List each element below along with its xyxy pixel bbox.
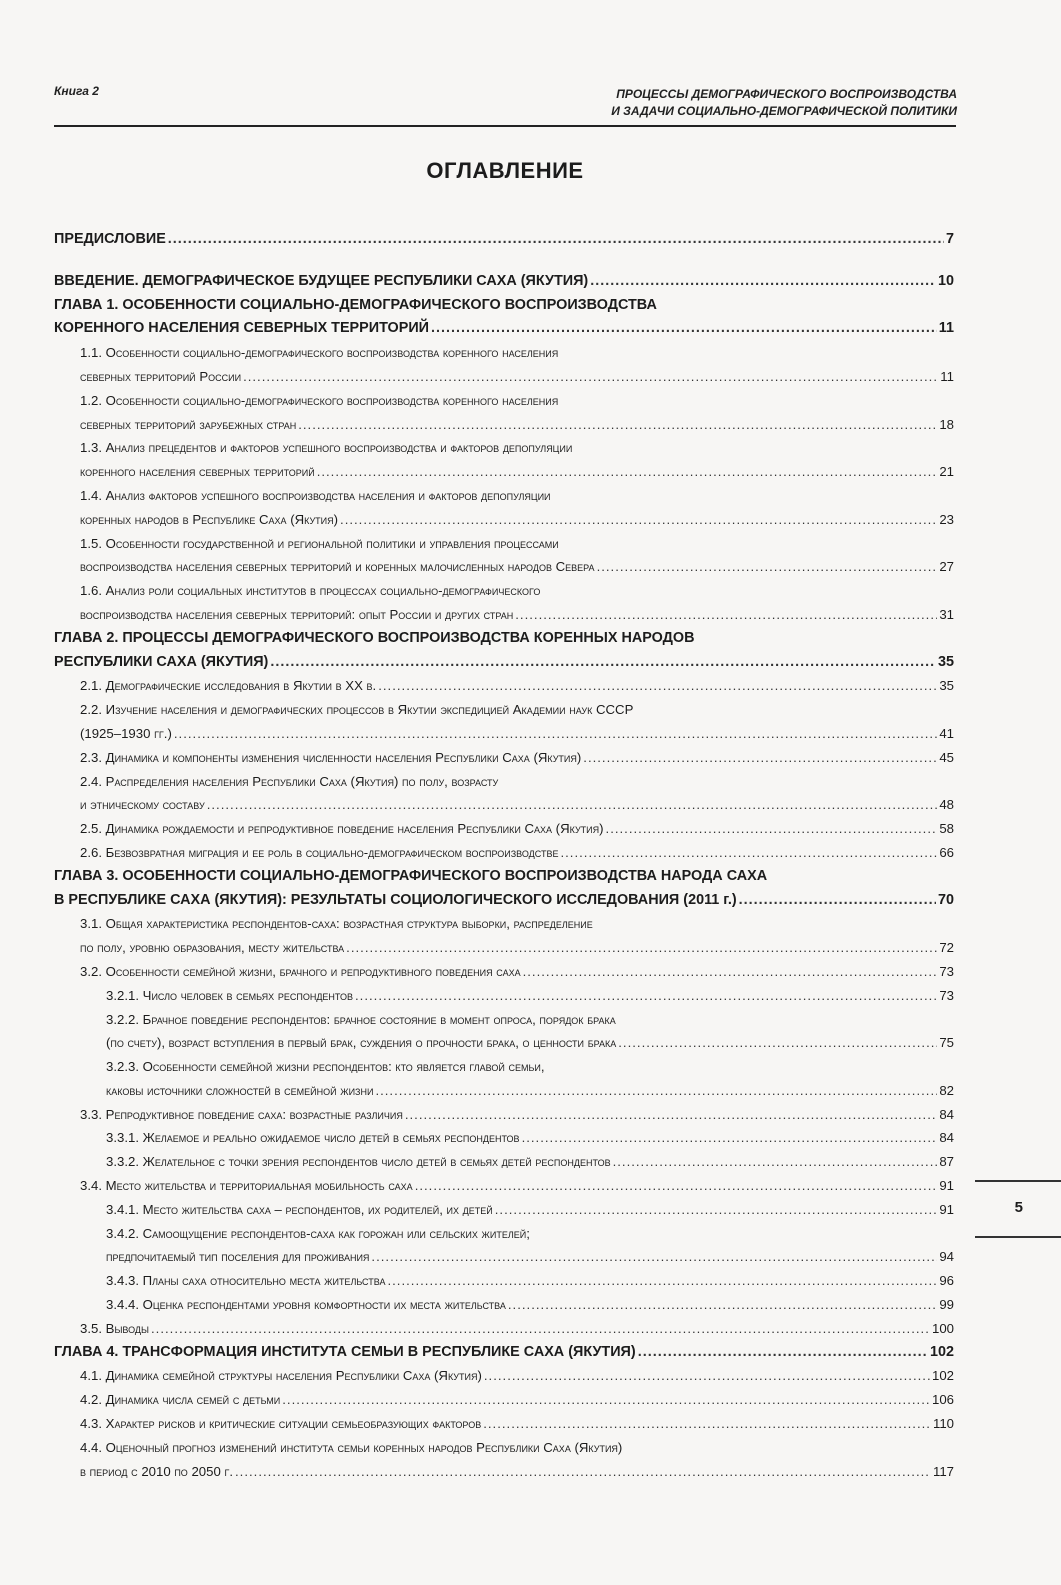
- toc-section[interactable]: 3.3. Репродуктивное поведение саха: возр…: [54, 1103, 954, 1127]
- toc-entry-title: 3.3. Репродуктивное поведение саха: возр…: [80, 1103, 403, 1127]
- toc-section[interactable]: 1.1. Особенности социально-демографическ…: [54, 341, 954, 389]
- toc-chapter[interactable]: ВВЕДЕНИЕ. ДЕМОГРАФИЧЕСКОЕ БУДУЩЕЕ РЕСПУБ…: [54, 270, 954, 294]
- dot-leader: [638, 1341, 928, 1365]
- toc-page-number: 102: [930, 1341, 954, 1365]
- toc-page-number: 75: [939, 1031, 954, 1055]
- dot-leader: [606, 817, 938, 841]
- toc-section[interactable]: 2.3. Динамика и компоненты изменения чис…: [54, 746, 954, 770]
- page-number: 5: [1015, 1199, 1023, 1216]
- toc-chapter[interactable]: ГЛАВА 4. ТРАНСФОРМАЦИЯ ИНСТИТУТА СЕМЬИ В…: [54, 1341, 954, 1365]
- dot-leader: [151, 1317, 930, 1341]
- toc-section[interactable]: 2.6. Безвозвратная миграция и ее роль в …: [54, 841, 954, 865]
- dot-leader: [560, 841, 937, 865]
- dot-leader: [523, 960, 938, 984]
- toc-entry-title: в период с 2010 по 2050 г.: [80, 1460, 233, 1484]
- toc-section[interactable]: 4.3. Характер рисков и критические ситуа…: [54, 1412, 954, 1436]
- toc-entry-title: каковы источники сложностей в семейной ж…: [106, 1079, 373, 1103]
- toc-entry-title: (по счету), возраст вступления в первый …: [106, 1031, 616, 1055]
- spacer: [54, 252, 954, 270]
- dot-leader: [508, 1293, 937, 1317]
- toc-section[interactable]: 3.2.3. Особенности семейной жизни респон…: [54, 1055, 954, 1103]
- toc-entry-title: по полу, уровню образования, месту жител…: [80, 936, 344, 960]
- dot-leader: [270, 651, 936, 675]
- dot-leader: [235, 1460, 931, 1484]
- toc-entry-title-line: 2.2. Изучение населения и демографически…: [80, 698, 954, 722]
- toc-entry-title-line: ГЛАВА 2. ПРОЦЕССЫ ДЕМОГРАФИЧЕСКОГО ВОСПР…: [54, 627, 954, 651]
- toc-section[interactable]: 2.5. Динамика рождаемости и репродуктивн…: [54, 817, 954, 841]
- toc-entry-title-line: 3.1. Общая характеристика респондентов-с…: [80, 912, 954, 936]
- running-header-line-2: И ЗАДАЧИ СОЦИАЛЬНО-ДЕМОГРАФИЧЕСКОЙ ПОЛИТ…: [437, 103, 957, 120]
- toc-page-number: 73: [939, 984, 954, 1008]
- toc-entry-title-line: 1.3. Анализ прецедентов и факторов успеш…: [80, 436, 954, 460]
- toc-entry-title-line: 4.4. Оценочный прогноз изменений институ…: [80, 1436, 954, 1460]
- toc-section[interactable]: 3.3.1. Желаемое и реально ожидаемое числ…: [54, 1126, 954, 1150]
- folio-divider-bottom: [975, 1236, 1061, 1238]
- table-of-contents: ПРЕДИСЛОВИЕ7ВВЕДЕНИЕ. ДЕМОГРАФИЧЕСКОЕ БУ…: [54, 228, 954, 1483]
- toc-entry-title: ГЛАВА 4. ТРАНСФОРМАЦИЯ ИНСТИТУТА СЕМЬИ В…: [54, 1341, 636, 1365]
- toc-page-number: 23: [939, 508, 954, 532]
- toc-entry-title: 2.6. Безвозвратная миграция и ее роль в …: [80, 841, 558, 865]
- toc-chapter[interactable]: ПРЕДИСЛОВИЕ7: [54, 228, 954, 252]
- page-title: ОГЛАВЛЕНИЕ: [0, 158, 1010, 184]
- toc-page-number: 35: [938, 651, 954, 675]
- toc-section[interactable]: 1.4. Анализ факторов успешного воспроизв…: [54, 484, 954, 532]
- toc-entry-title: коренного населения северных территорий: [80, 460, 315, 484]
- toc-page-number: 48: [939, 793, 954, 817]
- toc-entry-title-line: 1.6. Анализ роли социальных институтов в…: [80, 579, 954, 603]
- toc-entry-title-line: ГЛАВА 1. ОСОБЕННОСТИ СОЦИАЛЬНО-ДЕМОГРАФИ…: [54, 294, 954, 318]
- toc-entry-title-line: 3.4.2. Самоощущение респондентов-саха ка…: [106, 1222, 954, 1246]
- dot-leader: [340, 508, 937, 532]
- toc-page-number: 7: [946, 228, 954, 252]
- dot-leader: [355, 984, 937, 1008]
- toc-section[interactable]: 4.2. Динамика числа семей с детьми106: [54, 1388, 954, 1412]
- toc-page-number: 84: [939, 1126, 954, 1150]
- dot-leader: [495, 1198, 938, 1222]
- toc-page-number: 21: [939, 460, 954, 484]
- dot-leader: [483, 1412, 931, 1436]
- dot-leader: [243, 365, 938, 389]
- toc-entry-title: 3.4.1. Место жительства саха – респонден…: [106, 1198, 493, 1222]
- toc-entry-title: 3.5. Выводы: [80, 1317, 149, 1341]
- toc-page-number: 66: [939, 841, 954, 865]
- toc-page-number: 117: [933, 1460, 954, 1484]
- toc-entry-title: (1925–1930 гг.): [80, 722, 172, 746]
- toc-section[interactable]: 4.1. Динамика семейной структуры населен…: [54, 1364, 954, 1388]
- dot-leader: [515, 603, 937, 627]
- toc-page-number: 41: [939, 722, 954, 746]
- toc-entry-title: 4.2. Динамика числа семей с детьми: [80, 1388, 280, 1412]
- toc-section[interactable]: 4.4. Оценочный прогноз изменений институ…: [54, 1436, 954, 1484]
- toc-entry-title: КОРЕННОГО НАСЕЛЕНИЯ СЕВЕРНЫХ ТЕРРИТОРИЙ: [54, 317, 429, 341]
- dot-leader: [375, 1079, 937, 1103]
- dot-leader: [371, 1245, 937, 1269]
- dot-leader: [590, 270, 936, 294]
- running-header-line-1: ПРОЦЕССЫ ДЕМОГРАФИЧЕСКОГО ВОСПРОИЗВОДСТВ…: [437, 86, 957, 103]
- dot-leader: [484, 1364, 930, 1388]
- dot-leader: [613, 1150, 938, 1174]
- toc-entry-title: 3.4.3. Планы саха относительно места жит…: [106, 1269, 385, 1293]
- dot-leader: [415, 1174, 938, 1198]
- toc-entry-title: 3.3.1. Желаемое и реально ожидаемое числ…: [106, 1126, 520, 1150]
- dot-leader: [317, 460, 938, 484]
- dot-leader: [174, 722, 937, 746]
- toc-section[interactable]: 1.3. Анализ прецедентов и факторов успеш…: [54, 436, 954, 484]
- toc-entry-title: и этническому составу: [80, 793, 205, 817]
- toc-entry-title: ПРЕДИСЛОВИЕ: [54, 228, 166, 252]
- toc-page-number: 72: [939, 936, 954, 960]
- toc-entry-title-line: 1.4. Анализ факторов успешного воспроизв…: [80, 484, 954, 508]
- toc-entry-title-line: ГЛАВА 3. ОСОБЕННОСТИ СОЦИАЛЬНО-ДЕМОГРАФИ…: [54, 865, 954, 889]
- dot-leader: [405, 1103, 937, 1127]
- toc-page-number: 91: [939, 1198, 954, 1222]
- toc-section[interactable]: 2.1. Демографические исследования в Якут…: [54, 674, 954, 698]
- toc-entry-title: северных территорий зарубежных стран: [80, 413, 296, 437]
- dot-leader: [168, 228, 944, 252]
- dot-leader: [583, 746, 937, 770]
- folio-divider-top: [975, 1180, 1061, 1182]
- toc-entry-title: коренных народов в Республике Саха (Якут…: [80, 508, 338, 532]
- toc-entry-title: 3.4.4. Оценка респондентами уровня комфо…: [106, 1293, 506, 1317]
- dot-leader: [597, 555, 938, 579]
- toc-chapter[interactable]: ГЛАВА 2. ПРОЦЕССЫ ДЕМОГРАФИЧЕСКОГО ВОСПР…: [54, 627, 954, 675]
- toc-entry-title-line: 3.2.2. Брачное поведение респондентов: б…: [106, 1008, 954, 1032]
- toc-entry-title-line: 3.2.3. Особенности семейной жизни респон…: [106, 1055, 954, 1079]
- toc-page-number: 84: [939, 1103, 954, 1127]
- toc-entry-title: ВВЕДЕНИЕ. ДЕМОГРАФИЧЕСКОЕ БУДУЩЕЕ РЕСПУБ…: [54, 270, 588, 294]
- toc-section[interactable]: 3.4.4. Оценка респондентами уровня комфо…: [54, 1293, 954, 1317]
- toc-entry-title: воспроизводства населения северных терри…: [80, 555, 595, 579]
- toc-page-number: 91: [939, 1174, 954, 1198]
- toc-page-number: 27: [939, 555, 954, 579]
- toc-page-number: 87: [939, 1150, 954, 1174]
- toc-entry-title-line: 1.5. Особенности государственной и регио…: [80, 532, 954, 556]
- toc-section[interactable]: 1.2. Особенности социально-демографическ…: [54, 389, 954, 437]
- toc-page-number: 35: [939, 674, 954, 698]
- toc-page-number: 18: [939, 413, 954, 437]
- header-divider: [54, 125, 956, 127]
- toc-page-number: 100: [932, 1317, 954, 1341]
- toc-entry-title: 4.1. Динамика семейной структуры населен…: [80, 1364, 482, 1388]
- toc-page-number: 110: [933, 1412, 954, 1436]
- toc-page-number: 45: [939, 746, 954, 770]
- dot-leader: [346, 936, 937, 960]
- toc-section[interactable]: 3.2. Особенности семейной жизни, брачног…: [54, 960, 954, 984]
- book-page: Книга 2 ПРОЦЕССЫ ДЕМОГРАФИЧЕСКОГО ВОСПРО…: [0, 0, 1061, 1585]
- toc-page-number: 96: [939, 1269, 954, 1293]
- dot-leader: [522, 1126, 938, 1150]
- toc-entry-title-line: 1.2. Особенности социально-демографическ…: [80, 389, 954, 413]
- toc-entry-title: 3.3.2. Желательное с точки зрения респон…: [106, 1150, 611, 1174]
- toc-page-number: 106: [932, 1388, 954, 1412]
- toc-entry-title: северных территорий России: [80, 365, 241, 389]
- toc-entry-title: воспроизводства населения северных терри…: [80, 603, 513, 627]
- toc-page-number: 11: [940, 365, 954, 389]
- dot-leader: [739, 889, 936, 913]
- toc-entry-title: 2.1. Демографические исследования в Якут…: [80, 674, 376, 698]
- toc-entry-title: 2.3. Динамика и компоненты изменения чис…: [80, 746, 581, 770]
- toc-entry-title: 2.5. Динамика рождаемости и репродуктивн…: [80, 817, 604, 841]
- toc-section[interactable]: 3.4. Место жительства и территориальная …: [54, 1174, 954, 1198]
- toc-section[interactable]: 1.6. Анализ роли социальных институтов в…: [54, 579, 954, 627]
- toc-section[interactable]: 3.5. Выводы100: [54, 1317, 954, 1341]
- dot-leader: [378, 674, 937, 698]
- toc-entry-title: 4.3. Характер рисков и критические ситуа…: [80, 1412, 481, 1436]
- dot-leader: [387, 1269, 937, 1293]
- toc-page-number: 73: [939, 960, 954, 984]
- dot-leader: [282, 1388, 930, 1412]
- dot-leader: [298, 413, 937, 437]
- toc-page-number: 31: [939, 603, 954, 627]
- toc-section[interactable]: 2.2. Изучение населения и демографически…: [54, 698, 954, 746]
- toc-section[interactable]: 3.2.2. Брачное поведение респондентов: б…: [54, 1008, 954, 1056]
- running-header-book: Книга 2: [54, 84, 99, 98]
- toc-section[interactable]: 3.4.2. Самоощущение респондентов-саха ка…: [54, 1222, 954, 1270]
- toc-entry-title: 3.2. Особенности семейной жизни, брачног…: [80, 960, 521, 984]
- toc-entry-title-line: 2.4. Распределения населения Республики …: [80, 770, 954, 794]
- dot-leader: [618, 1031, 937, 1055]
- toc-page-number: 11: [939, 317, 954, 341]
- toc-section[interactable]: 2.4. Распределения населения Республики …: [54, 770, 954, 818]
- toc-section[interactable]: 3.4.1. Место жительства саха – респонден…: [54, 1198, 954, 1222]
- toc-entry-title: 3.2.1. Число человек в семьях респондент…: [106, 984, 353, 1008]
- toc-chapter[interactable]: ГЛАВА 1. ОСОБЕННОСТИ СОЦИАЛЬНО-ДЕМОГРАФИ…: [54, 294, 954, 342]
- running-header-title: ПРОЦЕССЫ ДЕМОГРАФИЧЕСКОГО ВОСПРОИЗВОДСТВ…: [437, 86, 957, 120]
- toc-entry-title: предпочитаемый тип поселения для прожива…: [106, 1245, 369, 1269]
- dot-leader: [207, 793, 938, 817]
- toc-entry-title: 3.4. Место жительства и территориальная …: [80, 1174, 413, 1198]
- toc-entry-title-line: 1.1. Особенности социально-демографическ…: [80, 341, 954, 365]
- dot-leader: [431, 317, 937, 341]
- toc-section[interactable]: 3.1. Общая характеристика респондентов-с…: [54, 912, 954, 960]
- toc-chapter[interactable]: ГЛАВА 3. ОСОБЕННОСТИ СОЦИАЛЬНО-ДЕМОГРАФИ…: [54, 865, 954, 913]
- toc-section[interactable]: 3.2.1. Число человек в семьях респондент…: [54, 984, 954, 1008]
- toc-section[interactable]: 3.3.2. Желательное с точки зрения респон…: [54, 1150, 954, 1174]
- toc-page-number: 94: [939, 1245, 954, 1269]
- toc-page-number: 10: [938, 270, 954, 294]
- toc-section[interactable]: 3.4.3. Планы саха относительно места жит…: [54, 1269, 954, 1293]
- toc-page-number: 70: [938, 889, 954, 913]
- toc-page-number: 82: [939, 1079, 954, 1103]
- toc-page-number: 102: [932, 1364, 954, 1388]
- toc-entry-title: В РЕСПУБЛИКЕ САХА (ЯКУТИЯ): РЕЗУЛЬТАТЫ С…: [54, 889, 737, 913]
- toc-section[interactable]: 1.5. Особенности государственной и регио…: [54, 532, 954, 580]
- toc-entry-title: РЕСПУБЛИКИ САХА (ЯКУТИЯ): [54, 651, 268, 675]
- toc-page-number: 99: [939, 1293, 954, 1317]
- toc-page-number: 58: [939, 817, 954, 841]
